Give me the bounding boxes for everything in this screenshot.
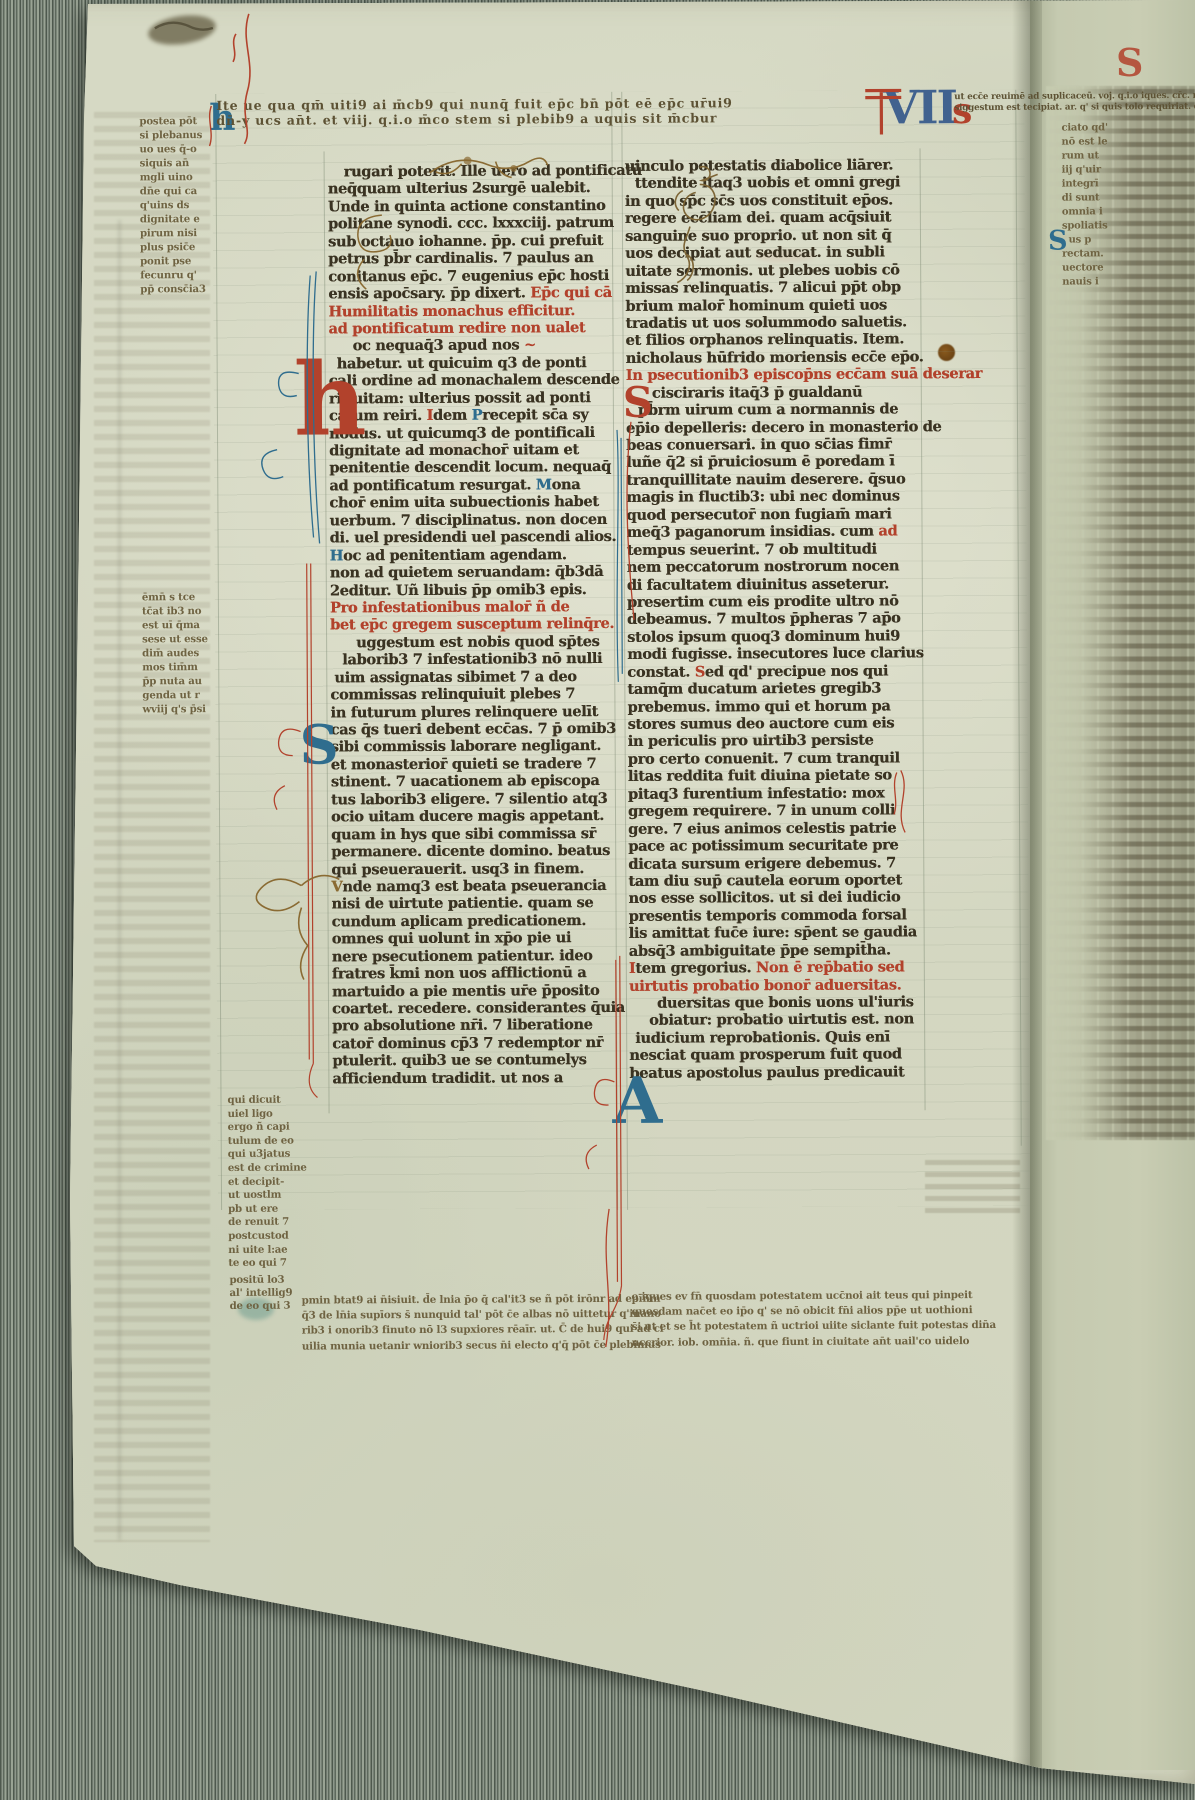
text-line: nos esse sollicitos. ut si dei iudicio	[628, 889, 924, 908]
text-line: presertim cum eis prodite ultro nō	[627, 592, 923, 611]
text-line: ptulerit. quib3 ue se contumelys	[332, 1051, 624, 1070]
text-line: iij q'uir	[1062, 163, 1142, 177]
text-line: di sunt	[1062, 191, 1142, 205]
text-line: In psecutionib3 episcop̄ns ecc̄am suā de…	[626, 366, 922, 385]
text-line: tempus seuerint. 7 ob multitudi	[627, 540, 923, 559]
text-line: ttendite itaq3 uobis et omni gregi	[625, 174, 921, 193]
text-line: conitanus ep̄c. 7 eugenius ep̄c hosti	[328, 267, 620, 286]
footer-gloss-right: o iques ev fn̄ quosdam potestatem ucc̄no…	[632, 1288, 1044, 1351]
text-line: duersitas que bonis uons ul'iuris	[629, 993, 925, 1012]
text-line: uectore	[1062, 261, 1142, 275]
text-line: 2editur. Uñ libuis p̄p omib3 epis.	[330, 580, 622, 599]
text-line: uirtutis probatio bonor̄ aduersitas.	[629, 976, 925, 995]
text-line: nicholaus hūfrido moriensis ecc̄e ep̄o.	[626, 348, 922, 367]
text-line: chor̄ enim uita subuectionis habet	[329, 493, 621, 512]
text-line: mos tim̄m	[142, 660, 222, 674]
text-line: si plebanus	[139, 128, 219, 142]
parchment-page: S h Ite ue qua qm̄ uiti9 ai m̄cb9 q	[0, 0, 1195, 1800]
text-line: wviij q's p̄si	[142, 702, 222, 716]
text-line: p̄p nuta au	[142, 674, 222, 688]
text-line: uiel ligo	[228, 1107, 314, 1121]
text-line: Humilitatis monachus efficitur.	[328, 301, 620, 320]
text-line: qui pseuerauerit. usq3 in finem.	[331, 859, 623, 878]
text-line: litas reddita fuit diuina pietate so	[628, 767, 924, 786]
text-line: tulum de eo	[228, 1134, 314, 1148]
text-line: ni uite l:ae	[228, 1243, 314, 1257]
text-line: nisi de uirtute patientie. quam se	[331, 894, 623, 913]
footer-gloss-left: pmin btat9 ai n̄isiuit. d̄e lnia p̄o q̄ …	[302, 1292, 638, 1355]
text-line: tranquillitate nauim deserere. q̄suo	[626, 470, 922, 489]
text-line: lis amittat fuc̄e iure: sp̄ent se gaudia	[629, 924, 925, 943]
text-line: pmin btat9 ai n̄isiuit. d̄e lnia p̄o q̄ …	[302, 1292, 638, 1309]
text-line: et decipit-	[228, 1175, 314, 1189]
right-column-text: uinculo potestatis diabolice liārer.tten…	[625, 156, 926, 1082]
text-line: fratres k̄mi non uos afflictionū a	[332, 964, 624, 983]
text-line: quam in hys que sibi commissa sr̄	[331, 825, 623, 844]
text-line: nō est le	[1061, 135, 1141, 149]
text-line: dignitate e	[140, 212, 220, 226]
text-line: ad pontificatum redire non ualet	[328, 319, 620, 338]
text-line: debeamus. 7 multos p̄pheras 7 ap̄o	[627, 610, 923, 629]
text-line: di. uel presidendi uel pascendi alios.	[330, 528, 622, 547]
text-line: stores sumus deo auctore cum eis	[628, 714, 924, 733]
text-line: fecunru q'	[140, 268, 220, 282]
margin-gloss-right: ciato qd'nō est lerum utiij q'uirintegrī…	[1061, 121, 1142, 289]
text-line: ēmn̄ s tce	[142, 590, 222, 604]
text-line: cundum aplicam predicationem.	[332, 912, 624, 931]
text-line: dicata sursum erigere debemus. 7	[628, 854, 924, 873]
left-column-text: rugari poterit. Ille uero ad pontificatū…	[328, 162, 625, 1088]
margin-gloss-left-top: postea pōtsi plebanusuo ues q̄-osiquis a…	[139, 114, 220, 296]
text-line: dn̄e qui ca	[140, 184, 220, 198]
text-line: sub octauo iohanne. p̄p. cui prefuit	[328, 232, 620, 251]
text-line: presentis temporis commoda forsal	[629, 906, 925, 925]
text-line: in periculis pro uirtib3 persiste	[628, 732, 924, 751]
dark-scribble-icon	[155, 22, 213, 29]
text-line: pace ac potissimum securitate pre	[628, 836, 924, 855]
text-line: absq̄3 ambiguitate p̄pe sempit̄ha.	[629, 941, 925, 960]
text-line: coartet. recedere. considerantes q̄uia	[332, 999, 624, 1018]
text-line: ergo ñ capi	[228, 1121, 314, 1135]
text-line: uinculo potestatis diabolice liārer.	[625, 156, 921, 175]
text-layer: h Ite ue qua qm̄ uiti9 ai m̄cb9 qui nunq…	[0, 0, 1195, 1800]
text-line: politane synodi. ccc. lxxxciij. patrum	[328, 214, 620, 233]
text-line: tamq̄m ducatum arietes gregib3	[627, 679, 923, 698]
manuscript-photo: S h Ite ue qua qm̄ uiti9 ai m̄cb9 q	[0, 0, 1195, 1800]
text-line: ocio uitam ducere magis appetant.	[331, 807, 623, 826]
text-line: petrus pb̄r cardinalis. 7 paulus an	[328, 249, 620, 268]
text-line: cas q̄s tueri debent ecc̄as. 7 p̄ omib3	[331, 720, 623, 739]
text-line: q̄3 de ln̄ia supīors s̄ nunquid tal' pōt…	[302, 1307, 638, 1324]
text-line: et filios orphanos relinquatis. Item.	[625, 331, 921, 350]
text-line: cisciraris itaq̄3 p̄ gualdanū	[626, 383, 922, 402]
header-gloss-right: ut ecc̄e reuimē ad suplicaceū. voj. q.i.…	[954, 91, 1190, 114]
text-line: ad pontificatum resurgat. Mona	[329, 476, 621, 495]
text-line: siggestum est tecipiat. ar. q' si quis t…	[954, 102, 1190, 114]
text-line: quod persecutor̄ non fugiam̄ mari	[626, 505, 922, 524]
text-line: regere ecc̄liam dei. quam acq̄siuit	[625, 209, 921, 228]
margin-gloss-left-lower: qui dicuituiel ligoergo ñ capitulum de e…	[227, 1094, 314, 1271]
parchment-leaf-wrap: S h Ite ue qua qm̄ uiti9 ai m̄cb9 q	[0, 0, 1195, 1800]
text-line: ut uostlm	[228, 1189, 314, 1203]
text-line: uerbum. 7 disciplinatus. non docen	[329, 511, 621, 530]
text-line: uggestum est nobis quod sp̄tes	[330, 633, 622, 652]
text-line: nauis i	[1062, 275, 1142, 289]
header-gloss-left: Ite ue qua qm̄ uiti9 ai m̄cb9 qui nunq̄ …	[216, 94, 892, 128]
text-line: ciato qd'	[1061, 121, 1141, 135]
text-line: gere. 7 eius animos celestis patrie	[628, 819, 924, 838]
text-line: sibi commissis laborare negligant.	[331, 737, 623, 756]
text-line: positū lo3	[229, 1273, 315, 1286]
text-line: in futurum plures relinquere uelīt	[330, 702, 622, 721]
text-line: catum reiri. Idem Precepit sc̄a sy	[329, 406, 621, 425]
text-line: Vnde namq3 est beata pseuerancia	[331, 877, 623, 896]
text-line: postcustod	[228, 1229, 314, 1243]
text-line: tc̄at ib3 no	[142, 604, 222, 618]
text-line: rugari poterit. Ille uero ad pontificatū	[328, 162, 620, 181]
text-line: uim assignatas sibimet 7 a deo	[330, 668, 622, 687]
text-line: pp̄ consc̄ia3	[140, 282, 220, 296]
text-line: q'uins ds	[140, 198, 220, 212]
text-line: cator̄ dominus cp̄3 7 redemptor nr̄	[332, 1034, 624, 1053]
text-line: constat. Sed qd' precipue nos qui	[627, 662, 923, 681]
text-line: spoliatis	[1062, 219, 1142, 233]
text-line: tus laborib3 eligere. 7 silentio atq3	[331, 790, 623, 809]
text-line: neq̄quam ulterius 2surgē ualebit.	[328, 179, 620, 198]
numeral-text: VII	[883, 80, 956, 134]
text-line: uos decipiat aut seducat. in subli	[625, 244, 921, 263]
text-line: obiatur: probatio uirtutis est. non	[629, 1011, 925, 1030]
text-line: est de crimine	[228, 1161, 314, 1175]
text-line: s̄i ut et se h̄t potestatem ñ uctrioi ui…	[632, 1318, 1044, 1335]
text-line: commissas relinquiuit plebes 7	[330, 685, 622, 704]
text-line: nesciat quam prosperum fuit quod	[629, 1046, 925, 1065]
text-line: beatus apostolus paulus predicauit	[629, 1063, 925, 1082]
text-line: qui u3jatus	[228, 1148, 314, 1162]
text-line: laborib3 7 infestationib3 nō nulli	[330, 650, 622, 669]
text-line: rum ut	[1062, 149, 1142, 163]
text-line: stolos ipsum quoq3 dominum hui9	[627, 627, 923, 646]
text-line: penitentie descendit locum. nequaq̄	[329, 458, 621, 477]
text-line: pirum nisi	[140, 226, 220, 240]
text-line: uccrior. iob. omn̄ia. ñ. que fiunt in ci…	[632, 1333, 1044, 1350]
text-line: prebemus. immo qui et horum pa	[627, 697, 923, 716]
text-line: tam diu sup̄ cautela eorum oportet	[628, 871, 924, 890]
text-line: siquis an̄	[140, 156, 220, 170]
text-line: postea pōt	[139, 114, 219, 128]
text-line: brium malor̄ hominum quieti uos	[625, 296, 921, 315]
text-line: ep̄io depelleris: decero in monasterio d…	[626, 418, 922, 437]
text-line: stinent. 7 uacationem ab episcopa	[331, 772, 623, 791]
text-line: magis in fluctib3: ubi nec dominus	[626, 488, 922, 507]
drop-initial-s-blue: S	[300, 717, 339, 771]
text-line: ponit pse	[140, 254, 220, 268]
text-line: oc nequaq̄3 apud nos ~	[329, 336, 621, 355]
text-line: beas conuersari. in quo sc̄ias fimr̄	[626, 435, 922, 454]
text-line: pro absolutione nr̄i. 7 liberatione	[332, 1016, 624, 1035]
text-line: tradatis ut uos solummodo saluetis.	[625, 313, 921, 332]
text-line: missas relinquatis. 7 alicui pp̄t obp	[625, 278, 921, 297]
text-line: qui dicuit	[227, 1094, 313, 1108]
text-line: pitaq3 furentium infestatio: mox	[628, 784, 924, 803]
text-line: rit uitam: ulterius possit ad ponti	[329, 389, 621, 408]
text-line: sese ut esse	[142, 632, 222, 646]
text-line: afficiendum tradidit. ut nos a	[332, 1069, 624, 1088]
text-line: genda ut r	[142, 688, 222, 702]
text-line: nere psecutionem patientur. ideo	[332, 947, 624, 966]
text-line: Hoc ad penitentiam agendam.	[330, 546, 622, 565]
text-line: modi fugisse. insecutores luce clarius	[627, 645, 923, 664]
text-line: uilia munia uetanir wniorib3 secus n̄i e…	[302, 1337, 638, 1354]
text-line: pro certo conuenit. 7 cum tranquil	[628, 749, 924, 768]
text-line: bet ep̄c gregem susceptum relinq̄re.	[330, 615, 622, 634]
text-line: integrī	[1062, 177, 1142, 191]
text-line: meq̄3 paganorum insidias. cum ad	[626, 522, 922, 541]
text-line: us p	[1062, 233, 1142, 247]
text-line: cali ordine ad monachalem descende	[329, 371, 621, 390]
text-line: in quo sp̄c sc̄s uos constituit ep̄os.	[625, 191, 921, 210]
text-line: pb̄rm uirum cum a normannis de	[626, 400, 922, 419]
text-line: dim̄ audes	[142, 646, 222, 660]
text-line: nodus. ut quicumq3 de pontificali	[329, 423, 621, 442]
text-line: Item gregorius. Non ē rep̄batio sed	[629, 958, 925, 977]
text-line: Unde in quinta actione constantino	[328, 197, 620, 216]
text-line: permanere. dicente domino. beatus	[331, 842, 623, 861]
text-line: plus psic̄e	[140, 240, 220, 254]
text-line: omnia i	[1062, 205, 1142, 219]
text-line: rib3 i onorib3 finuto nō l3 supxiores rē…	[302, 1322, 638, 1339]
drop-initial-h: h	[294, 349, 367, 449]
text-line: est uī q̄ma	[142, 618, 222, 632]
text-line: gregem requirere. 7 in unum colli	[628, 801, 924, 820]
text-line: te eo qui 7	[228, 1257, 314, 1271]
text-line: non ad quietem seruandam: q̄b3dā	[330, 563, 622, 582]
text-line: et monasterior̄ quieti se tradere 7	[331, 755, 623, 774]
text-line: nem peccatorum nostrorum nocen	[627, 557, 923, 576]
drop-initial-a: A	[612, 1070, 662, 1134]
text-line: uo ues q̄-o	[139, 142, 219, 156]
text-line: Pro infestationibus malor̄ ñ de	[330, 598, 622, 617]
text-line: luñe q̄2 si p̄ruiciosum ē poredam ī	[626, 453, 922, 472]
margin-gloss-initial: S	[1048, 228, 1068, 255]
drop-initial-s-red: S	[623, 382, 654, 424]
margin-gloss-left-middle: ēmn̄ s tcetc̄at ib3 noest uī q̄masese ut…	[142, 590, 223, 716]
text-line: sanguine suo proprio. ut non sit q̄	[625, 226, 921, 245]
text-line: iudicium reprobationis. Quis enī	[629, 1028, 925, 1047]
text-line: mgli uino	[140, 170, 220, 184]
text-line: di facultatem diuinitus asseterur.	[627, 575, 923, 594]
text-line: dignitate ad monachor̄ uitam et	[329, 441, 621, 460]
text-line: omnes qui uolunt in xp̄o pie ui	[332, 929, 624, 948]
text-line: ensis apoc̄sary. p̄p dixert. Ep̄c qui cā	[328, 284, 620, 303]
text-line: pb ut ere	[228, 1202, 314, 1216]
text-line: habetur. ut quicuim q3 de ponti	[329, 354, 621, 373]
text-line: rectam.	[1062, 247, 1142, 261]
text-line: martuido a pie mentis ur̄e p̄posito	[332, 981, 624, 1000]
text-line: uitate sermonis. ut plebes uobis cō	[625, 261, 921, 280]
text-line: de renuit 7	[228, 1216, 314, 1230]
